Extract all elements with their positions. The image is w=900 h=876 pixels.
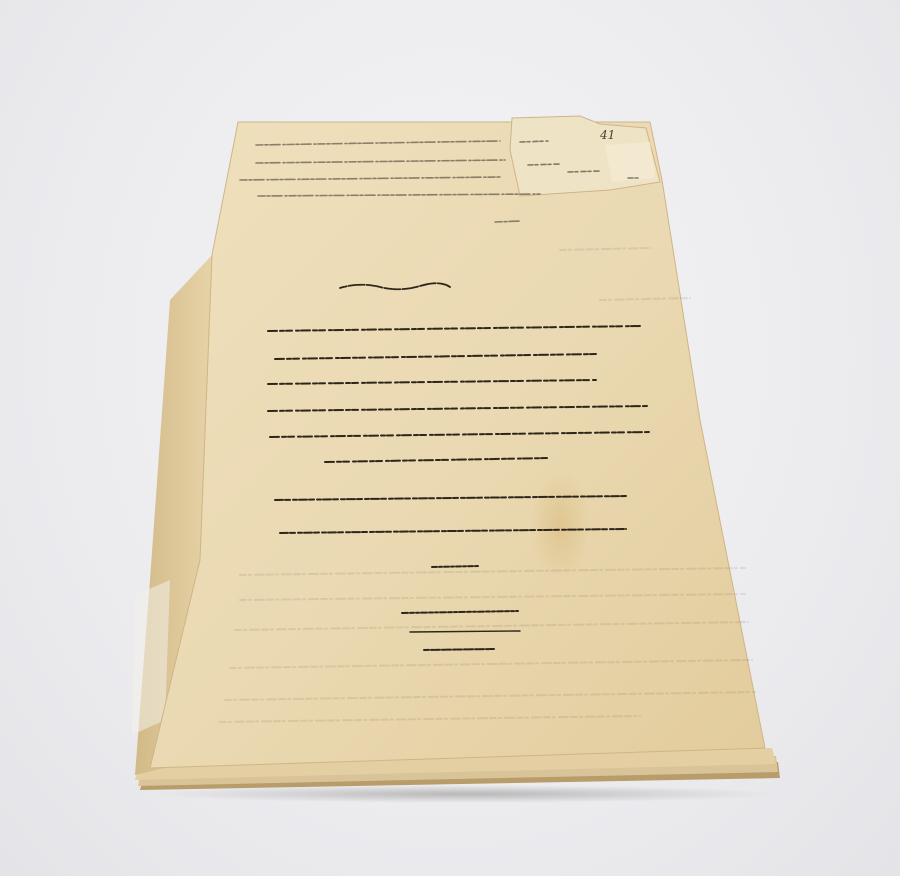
page-number: 41 [600, 128, 615, 142]
photo-scene: 41 [0, 0, 900, 876]
top-page [150, 122, 765, 768]
manuscript-document [0, 0, 900, 876]
